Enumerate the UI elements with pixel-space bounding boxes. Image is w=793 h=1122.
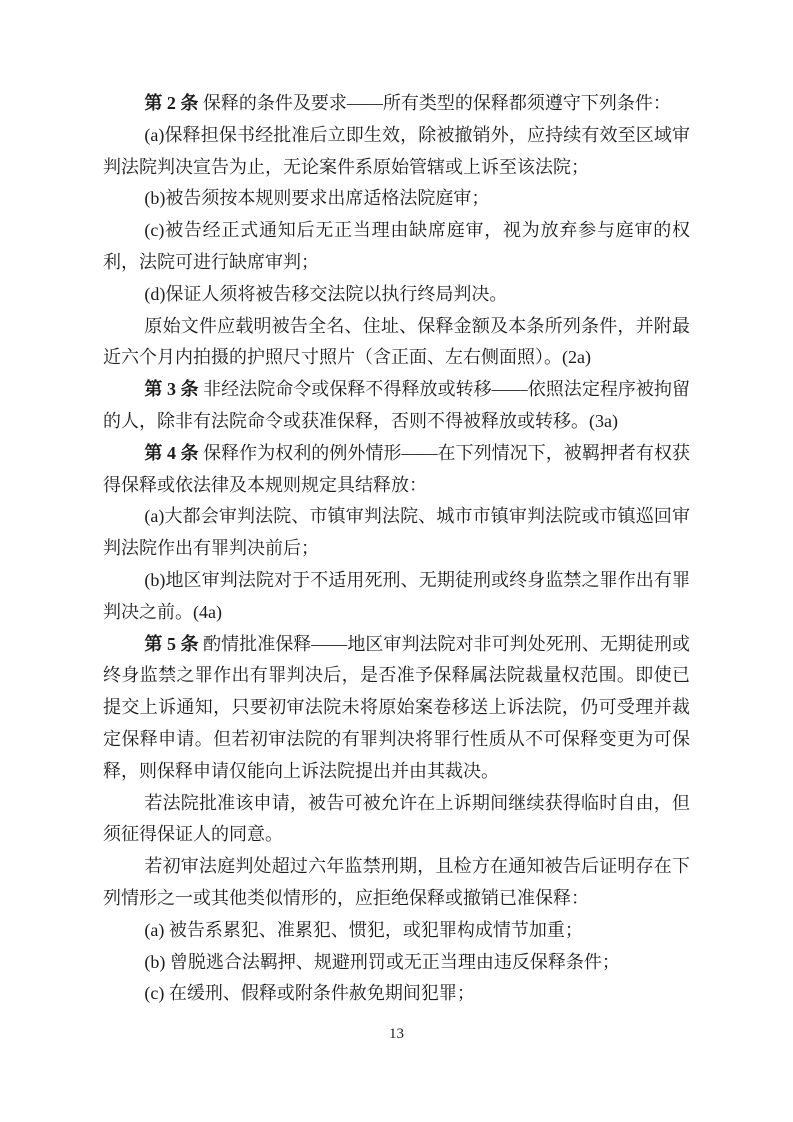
body-paragraph: (b)地区审判法院对于不适用死刑、无期徒刑或终身监禁之罪作出有罪判决之前。(4a…	[103, 565, 690, 629]
body-paragraph: (b) 曾脱逃合法羁押、规避刑罚或无正当理由违反保释条件；	[103, 947, 690, 979]
body-paragraph: (a)大都会审判法院、市镇审判法院、城市市镇审判法院或市镇巡回审判法院作出有罪判…	[103, 501, 690, 565]
page-number: 13	[0, 1026, 793, 1043]
section-paragraph: 第 5 条 酌情批准保释——地区审判法院对非可判处死刑、无期徒刑或终身监禁之罪作…	[103, 629, 690, 788]
body-paragraph: (b)被告须按本规则要求出席适格法院庭审；	[103, 183, 690, 215]
section-number-label: 第 2 条	[144, 93, 198, 113]
document-content: 第 2 条 保释的条件及要求——所有类型的保释都须遵守下列条件：(a)保释担保书…	[103, 88, 690, 1010]
body-paragraph: 若初审法庭判处超过六年监禁刑期，且检方在通知被告后证明存在下列情形之一或其他类似…	[103, 851, 690, 915]
body-paragraph: 原始文件应载明被告全名、住址、保释金额及本条所列条件，并附最近六个月内拍摄的护照…	[103, 311, 690, 375]
body-paragraph: (a) 被告系累犯、准累犯、惯犯，或犯罪构成情节加重；	[103, 915, 690, 947]
section-number-label: 第 3 条	[144, 379, 198, 399]
section-paragraph: 第 4 条 保释作为权利的例外情形——在下列情况下，被羁押者有权获得保释或依法律…	[103, 438, 690, 502]
section-paragraph: 第 2 条 保释的条件及要求——所有类型的保释都须遵守下列条件：	[103, 88, 690, 120]
body-paragraph: 若法院批准该申请，被告可被允许在上诉期间继续获得临时自由，但须征得保证人的同意。	[103, 788, 690, 852]
body-paragraph: (d)保证人须将被告移交法院以执行终局判决。	[103, 279, 690, 311]
section-paragraph: 第 3 条 非经法院命令或保释不得释放或转移——依照法定程序被拘留的人，除非有法…	[103, 374, 690, 438]
body-paragraph: (c) 在缓刑、假释或附条件赦免期间犯罪；	[103, 978, 690, 1010]
section-number-label: 第 4 条	[144, 443, 198, 463]
body-paragraph: (c)被告经正式通知后无正当理由缺席庭审，视为放弃参与庭审的权利，法院可进行缺席…	[103, 215, 690, 279]
document-page: 第 2 条 保释的条件及要求——所有类型的保释都须遵守下列条件：(a)保释担保书…	[0, 0, 793, 1122]
body-paragraph: (a)保释担保书经批准后立即生效，除被撤销外，应持续有效至区域审判法院判决宣告为…	[103, 120, 690, 184]
section-number-label: 第 5 条	[144, 634, 198, 654]
